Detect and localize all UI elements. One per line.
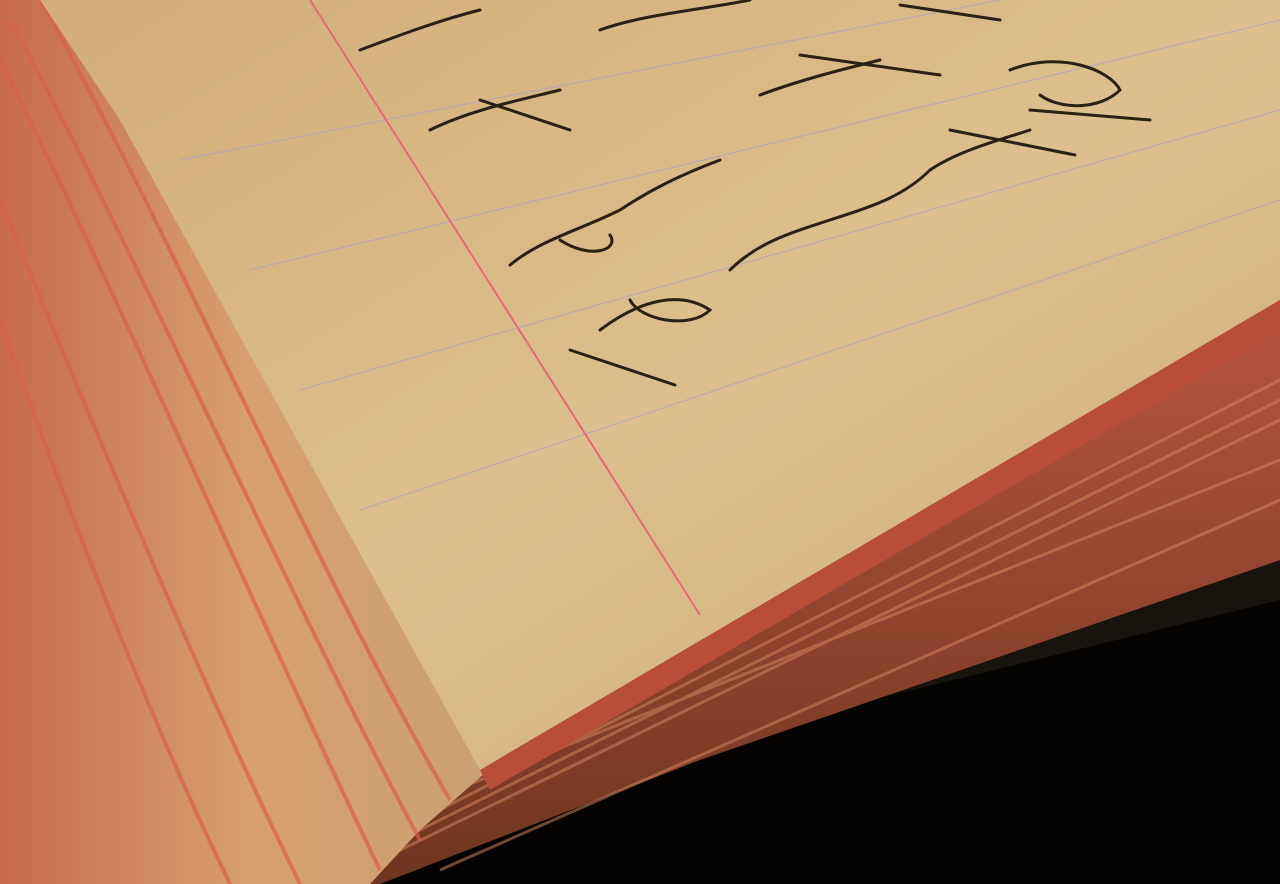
book-photo <box>0 0 1280 884</box>
book-illustration <box>0 0 1280 884</box>
